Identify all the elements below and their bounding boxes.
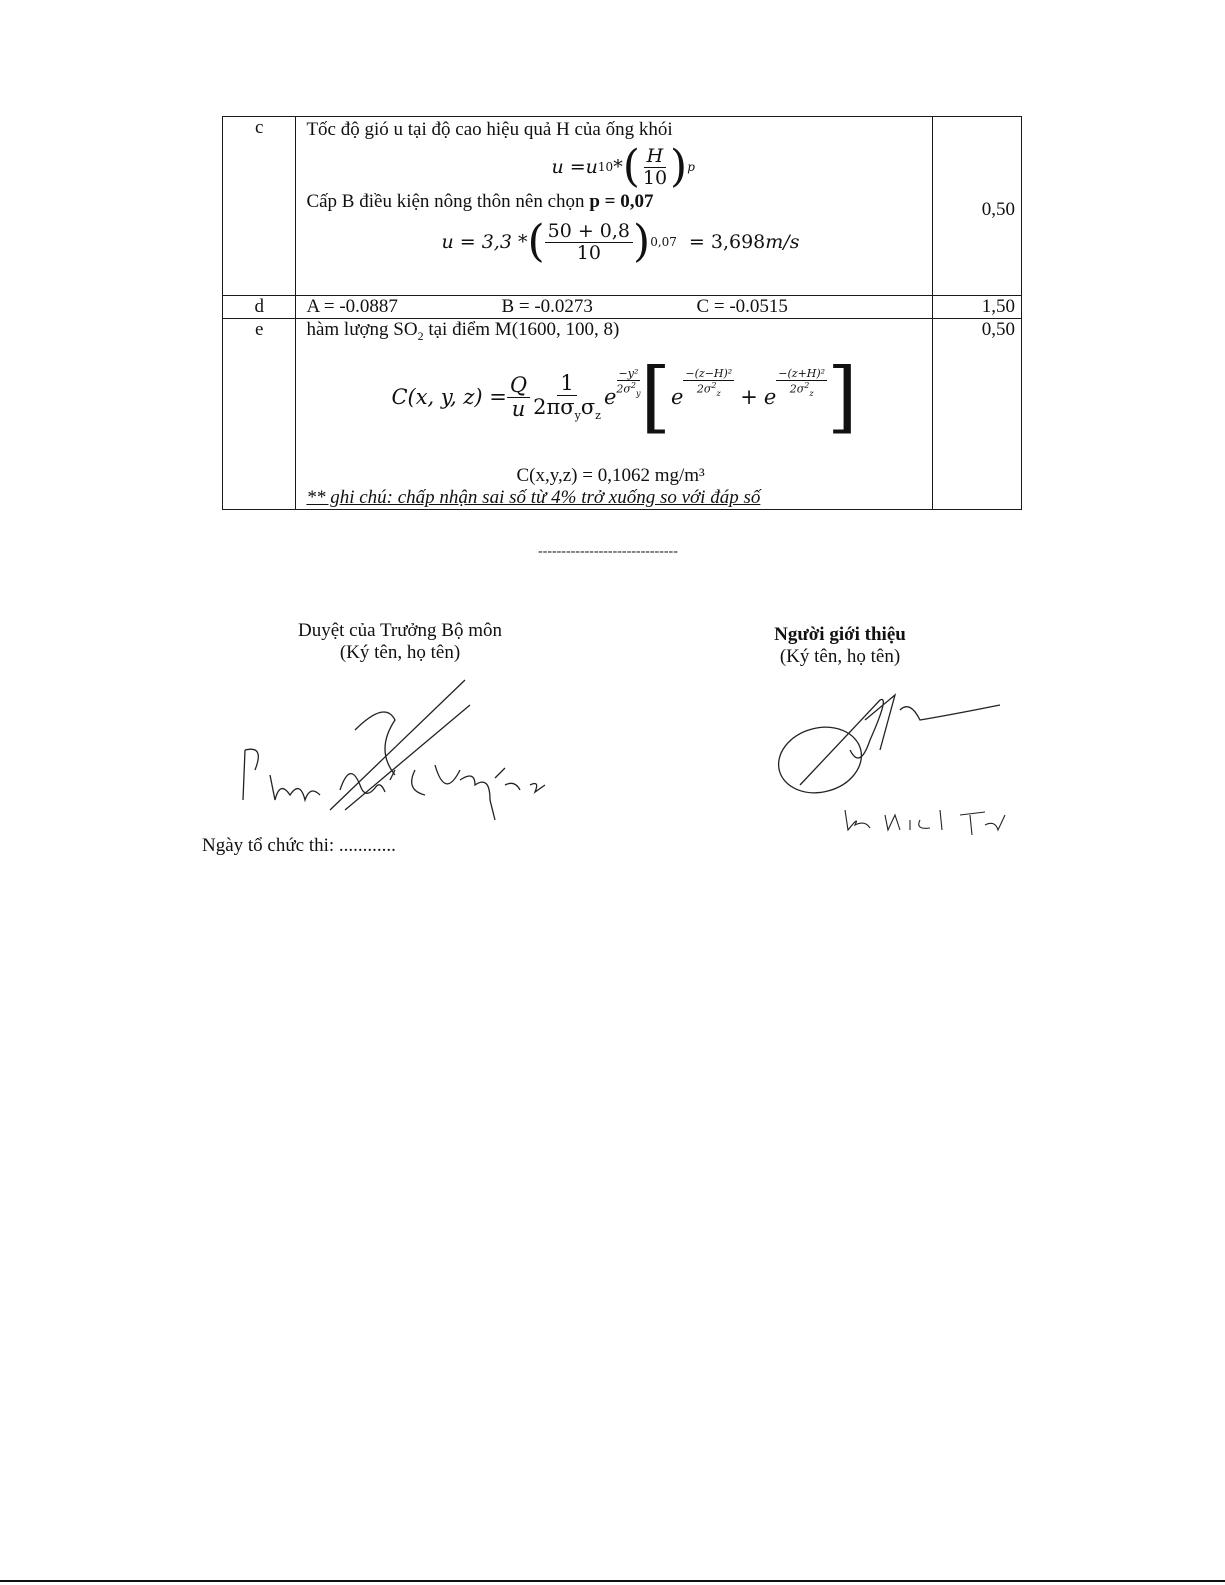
row-label: d — [223, 296, 296, 319]
row-label: e — [223, 319, 296, 510]
wind-speed-formula: u = u10 * ( H10 )p — [551, 139, 931, 195]
concentration-result: C(x,y,z) = 0,1062 mg/m³ — [516, 465, 931, 487]
table-row-e: e hàm lượng SO2 tại điểm M(1600, 100, 8)… — [223, 319, 1022, 510]
answer-table: c Tốc độ gió u tại độ cao hiệu quả H của… — [222, 116, 1022, 510]
table-row-d: d A = -0.0887B = -0.0273C = -0.0515 1,50 — [223, 296, 1022, 319]
coef-c: C = -0.0515 — [696, 296, 787, 318]
row-points: 1,50 — [932, 296, 1021, 319]
exam-date-line: Ngày tổ chức thi: ............ — [202, 835, 396, 857]
signature-block-introducer: Người giới thiệu (Ký tên, họ tên) — [735, 624, 945, 668]
row-points: 0,50 — [932, 117, 1021, 296]
gaussian-plume-formula: C(x, y, z) = Qu 12πσyσz e −y²2σ2y [ e −(… — [391, 350, 931, 445]
signature-right — [770, 690, 1020, 840]
wind-speed-heading: Tốc độ gió u tại độ cao hiệu quả H của ố… — [306, 119, 931, 141]
row-content: Tốc độ gió u tại độ cao hiệu quả H của ố… — [296, 117, 932, 296]
signature-left — [235, 660, 595, 830]
row-label: c — [223, 117, 296, 296]
row-content: hàm lượng SO2 tại điểm M(1600, 100, 8) C… — [296, 319, 932, 510]
so2-heading: hàm lượng SO2 tại điểm M(1600, 100, 8) — [306, 319, 931, 344]
table-row-c: c Tốc độ gió u tại độ cao hiệu quả H của… — [223, 117, 1022, 296]
coef-a: A = -0.0887 — [306, 296, 501, 318]
wind-speed-calculation: u = 3,3 * ( 50 + 0,810 )0,07 = 3,698 m/s — [441, 213, 931, 271]
row-points: 0,50 — [932, 319, 1021, 510]
stability-class-text: Cấp B điều kiện nông thôn nên chọn p = 0… — [306, 191, 931, 213]
signature-block-head-of-department: Duyệt của Trưởng Bộ môn (Ký tên, họ tên) — [270, 620, 530, 664]
separator-line: ------------------------------ — [538, 544, 678, 560]
coef-b: B = -0.0273 — [501, 296, 696, 318]
page-bottom-border — [0, 1580, 1225, 1582]
tolerance-note: ** ghi chú: chấp nhận sai số từ 4% trở x… — [306, 487, 931, 509]
row-content: A = -0.0887B = -0.0273C = -0.0515 — [296, 296, 932, 319]
